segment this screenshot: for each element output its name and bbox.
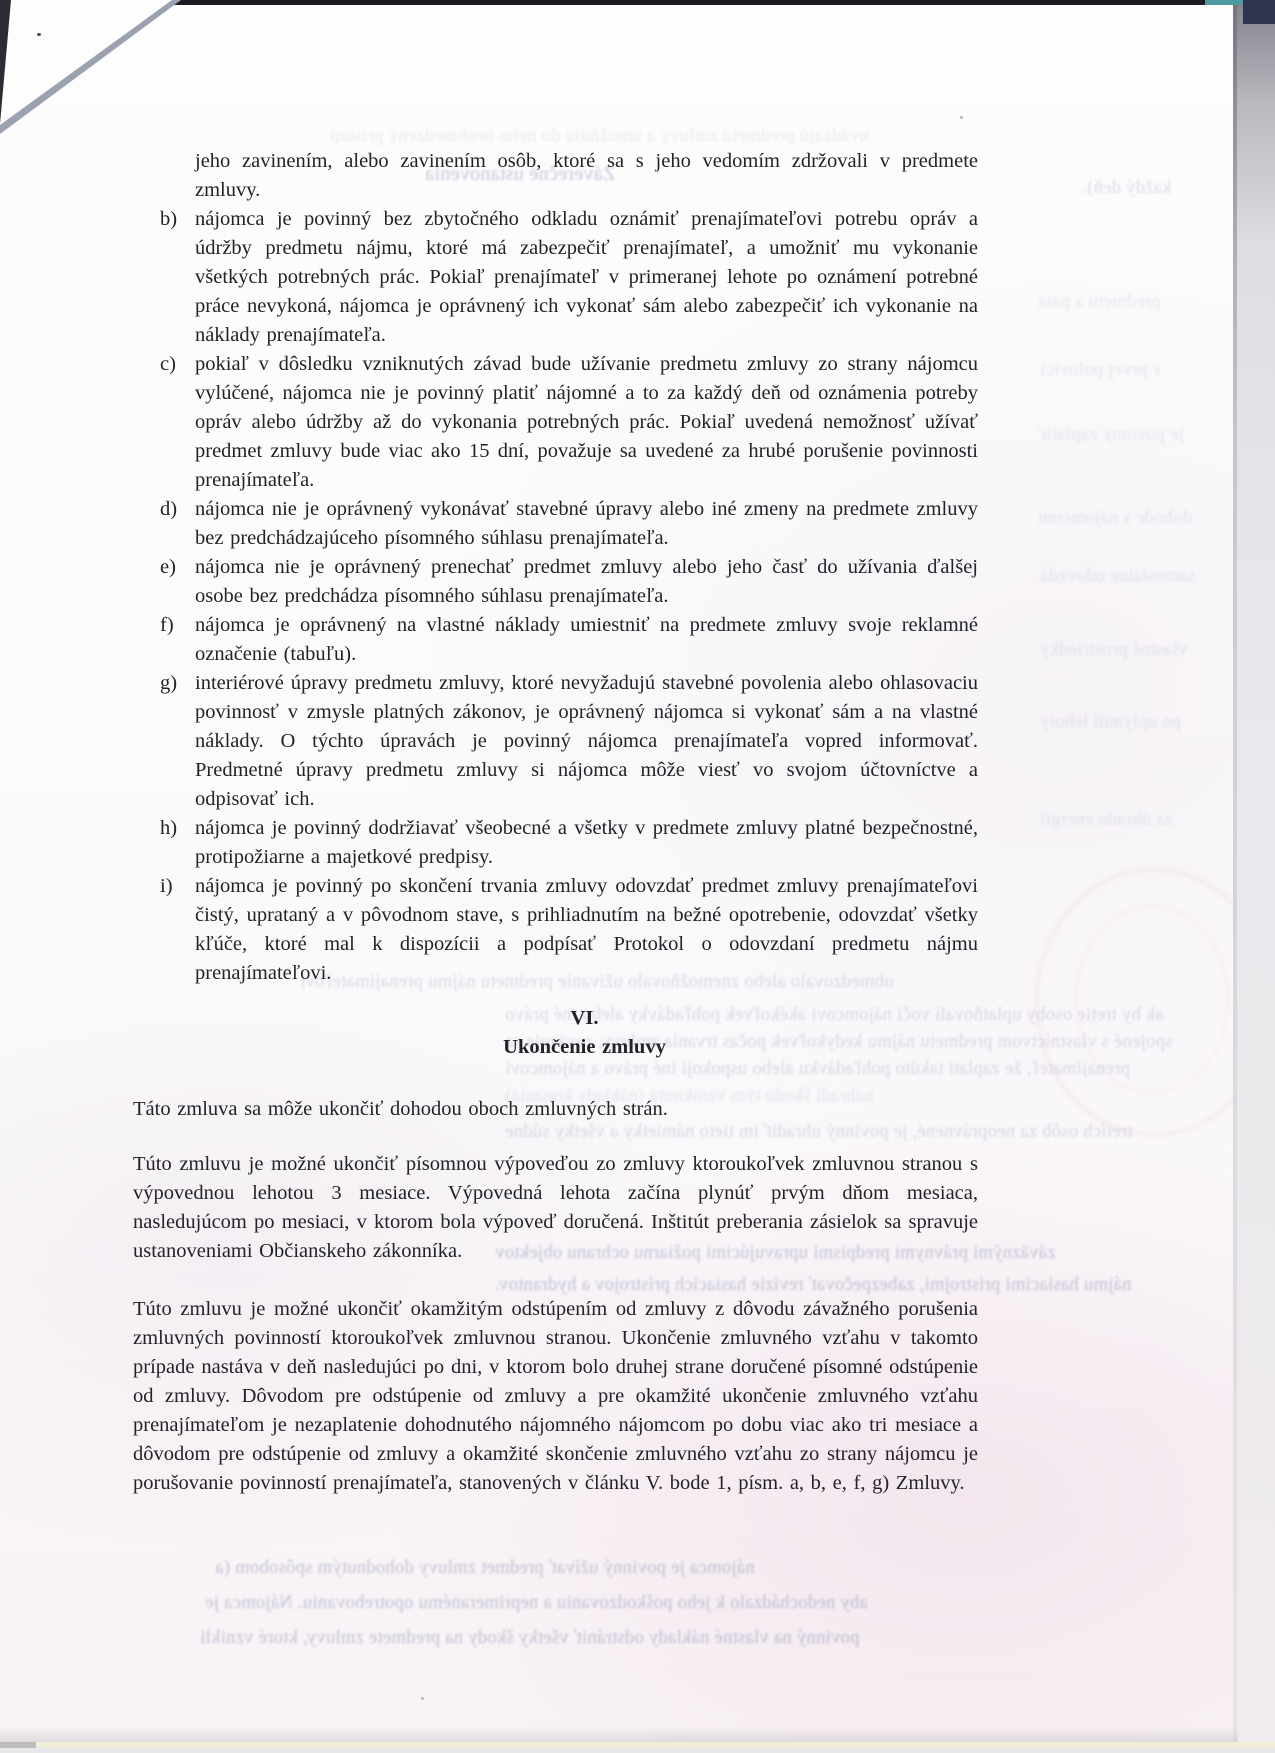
list-item-b-text: nájomca je povinný bez zbytočného odklad…: [195, 208, 978, 346]
list-marker-c: c): [160, 350, 176, 379]
list-item-f: f) nájomca je oprávnený na vlastné nákla…: [133, 611, 978, 669]
scan-speck: [960, 116, 963, 119]
scan-right-edge-band: [1233, 0, 1275, 1753]
section-number-heading: VI.: [133, 1004, 978, 1033]
paragraph-termination-agreement: Táto zmluva sa môže ukončiť dohodou oboc…: [133, 1095, 978, 1124]
intro-continuation-paragraph: jeho zavinením, alebo zavinením osôb, kt…: [133, 147, 978, 205]
scan-top-bar-teal-segment: [1205, 0, 1243, 5]
list-marker-b: b): [160, 205, 177, 234]
list-item-g-text: interiérové úpravy predmetu zmluvy, ktor…: [195, 672, 978, 810]
list-marker-f: f): [160, 611, 174, 640]
list-item-g: g) interiérové úpravy predmetu zmluvy, k…: [133, 669, 978, 814]
bleedthrough-text: uvádzajú predmetu zmluvy a umožňujú do n…: [330, 126, 869, 147]
list-marker-g: g): [160, 669, 177, 698]
list-item-h-text: nájomca je povinný dodržiavať všeobecné …: [195, 817, 978, 868]
bleedthrough-text: povinný na vlastné náklady odstrániť vše…: [200, 1628, 859, 1649]
list-item-h: h) nájomca je povinný dodržiavať všeobec…: [133, 814, 978, 872]
list-item-d: d) nájomca nie je oprávnený vykonávať st…: [133, 495, 978, 553]
scan-top-bar: [0, 0, 1275, 5]
bleedthrough-text: vlastné prostriedky: [1040, 640, 1187, 661]
list-item-c-text: pokiaľ v dôsledku vzniknutých závad bude…: [195, 353, 978, 491]
scan-speck: [421, 1697, 424, 1700]
list-item-i: i) nájomca je povinný po skončení trvani…: [133, 872, 978, 988]
bleedthrough-text: každý deň).: [1082, 178, 1172, 199]
bleedthrough-text: v prvej polovici: [1040, 360, 1162, 381]
bleedthrough-text: po uplynutí lehoty: [1040, 712, 1181, 733]
scan-bottom-edge: [0, 1748, 1275, 1753]
bleedthrough-text: za úhradu energií: [1040, 810, 1173, 831]
list-item-e: e) nájomca nie je oprávnený prenechať pr…: [133, 553, 978, 611]
scan-top-right-corner-block: [1243, 0, 1275, 24]
scan-bottom-shadow: [0, 1726, 1238, 1742]
list-marker-e: e): [160, 553, 176, 582]
paragraph-termination-notice: Túto zmluvu je možné ukončiť písomnou vý…: [133, 1150, 978, 1266]
scan-right-edge-line: [1233, 0, 1237, 1753]
bleedthrough-text: je povinný zaplatiť: [1038, 425, 1184, 446]
stamp-bleedthrough-inner: [1075, 905, 1229, 1094]
bleedthrough-text: samostatne odovzdá: [1040, 566, 1195, 587]
list-item-i-text: nájomca je povinný po skončení trvania z…: [195, 875, 978, 984]
list-item-c: c) pokiaľ v dôsledku vzniknutých závad b…: [133, 350, 978, 495]
list-item-d-text: nájomca nie je oprávnený vykonávať stave…: [195, 498, 978, 549]
bleedthrough-text: predmetu a päta: [1038, 292, 1161, 313]
list-marker-h: h): [160, 814, 177, 843]
bleedthrough-text: dohode s nájomcom: [1038, 508, 1192, 529]
list-marker-d: d): [160, 495, 177, 524]
bleedthrough-text: nájomca je povinný užívať predmet zmluvy…: [215, 1558, 755, 1579]
list-item-b: b) nájomca je povinný bez zbytočného odk…: [133, 205, 978, 350]
contract-text-column: jeho zavinením, alebo zavinením osôb, kt…: [133, 147, 978, 1498]
list-item-f-text: nájomca je oprávnený na vlastné náklady …: [195, 614, 978, 665]
list-marker-i: i): [160, 872, 173, 901]
section-title-heading: Ukončenie zmluvy: [133, 1033, 978, 1062]
scan-speck: [37, 33, 41, 36]
paragraph-termination-withdrawal: Túto zmluvu je možné ukončiť okamžitým o…: [133, 1295, 978, 1498]
bleedthrough-text: aby nedochádzalo k jeho poškodzovaniu a …: [205, 1593, 868, 1614]
list-item-e-text: nájomca nie je oprávnený prenechať predm…: [195, 556, 978, 607]
